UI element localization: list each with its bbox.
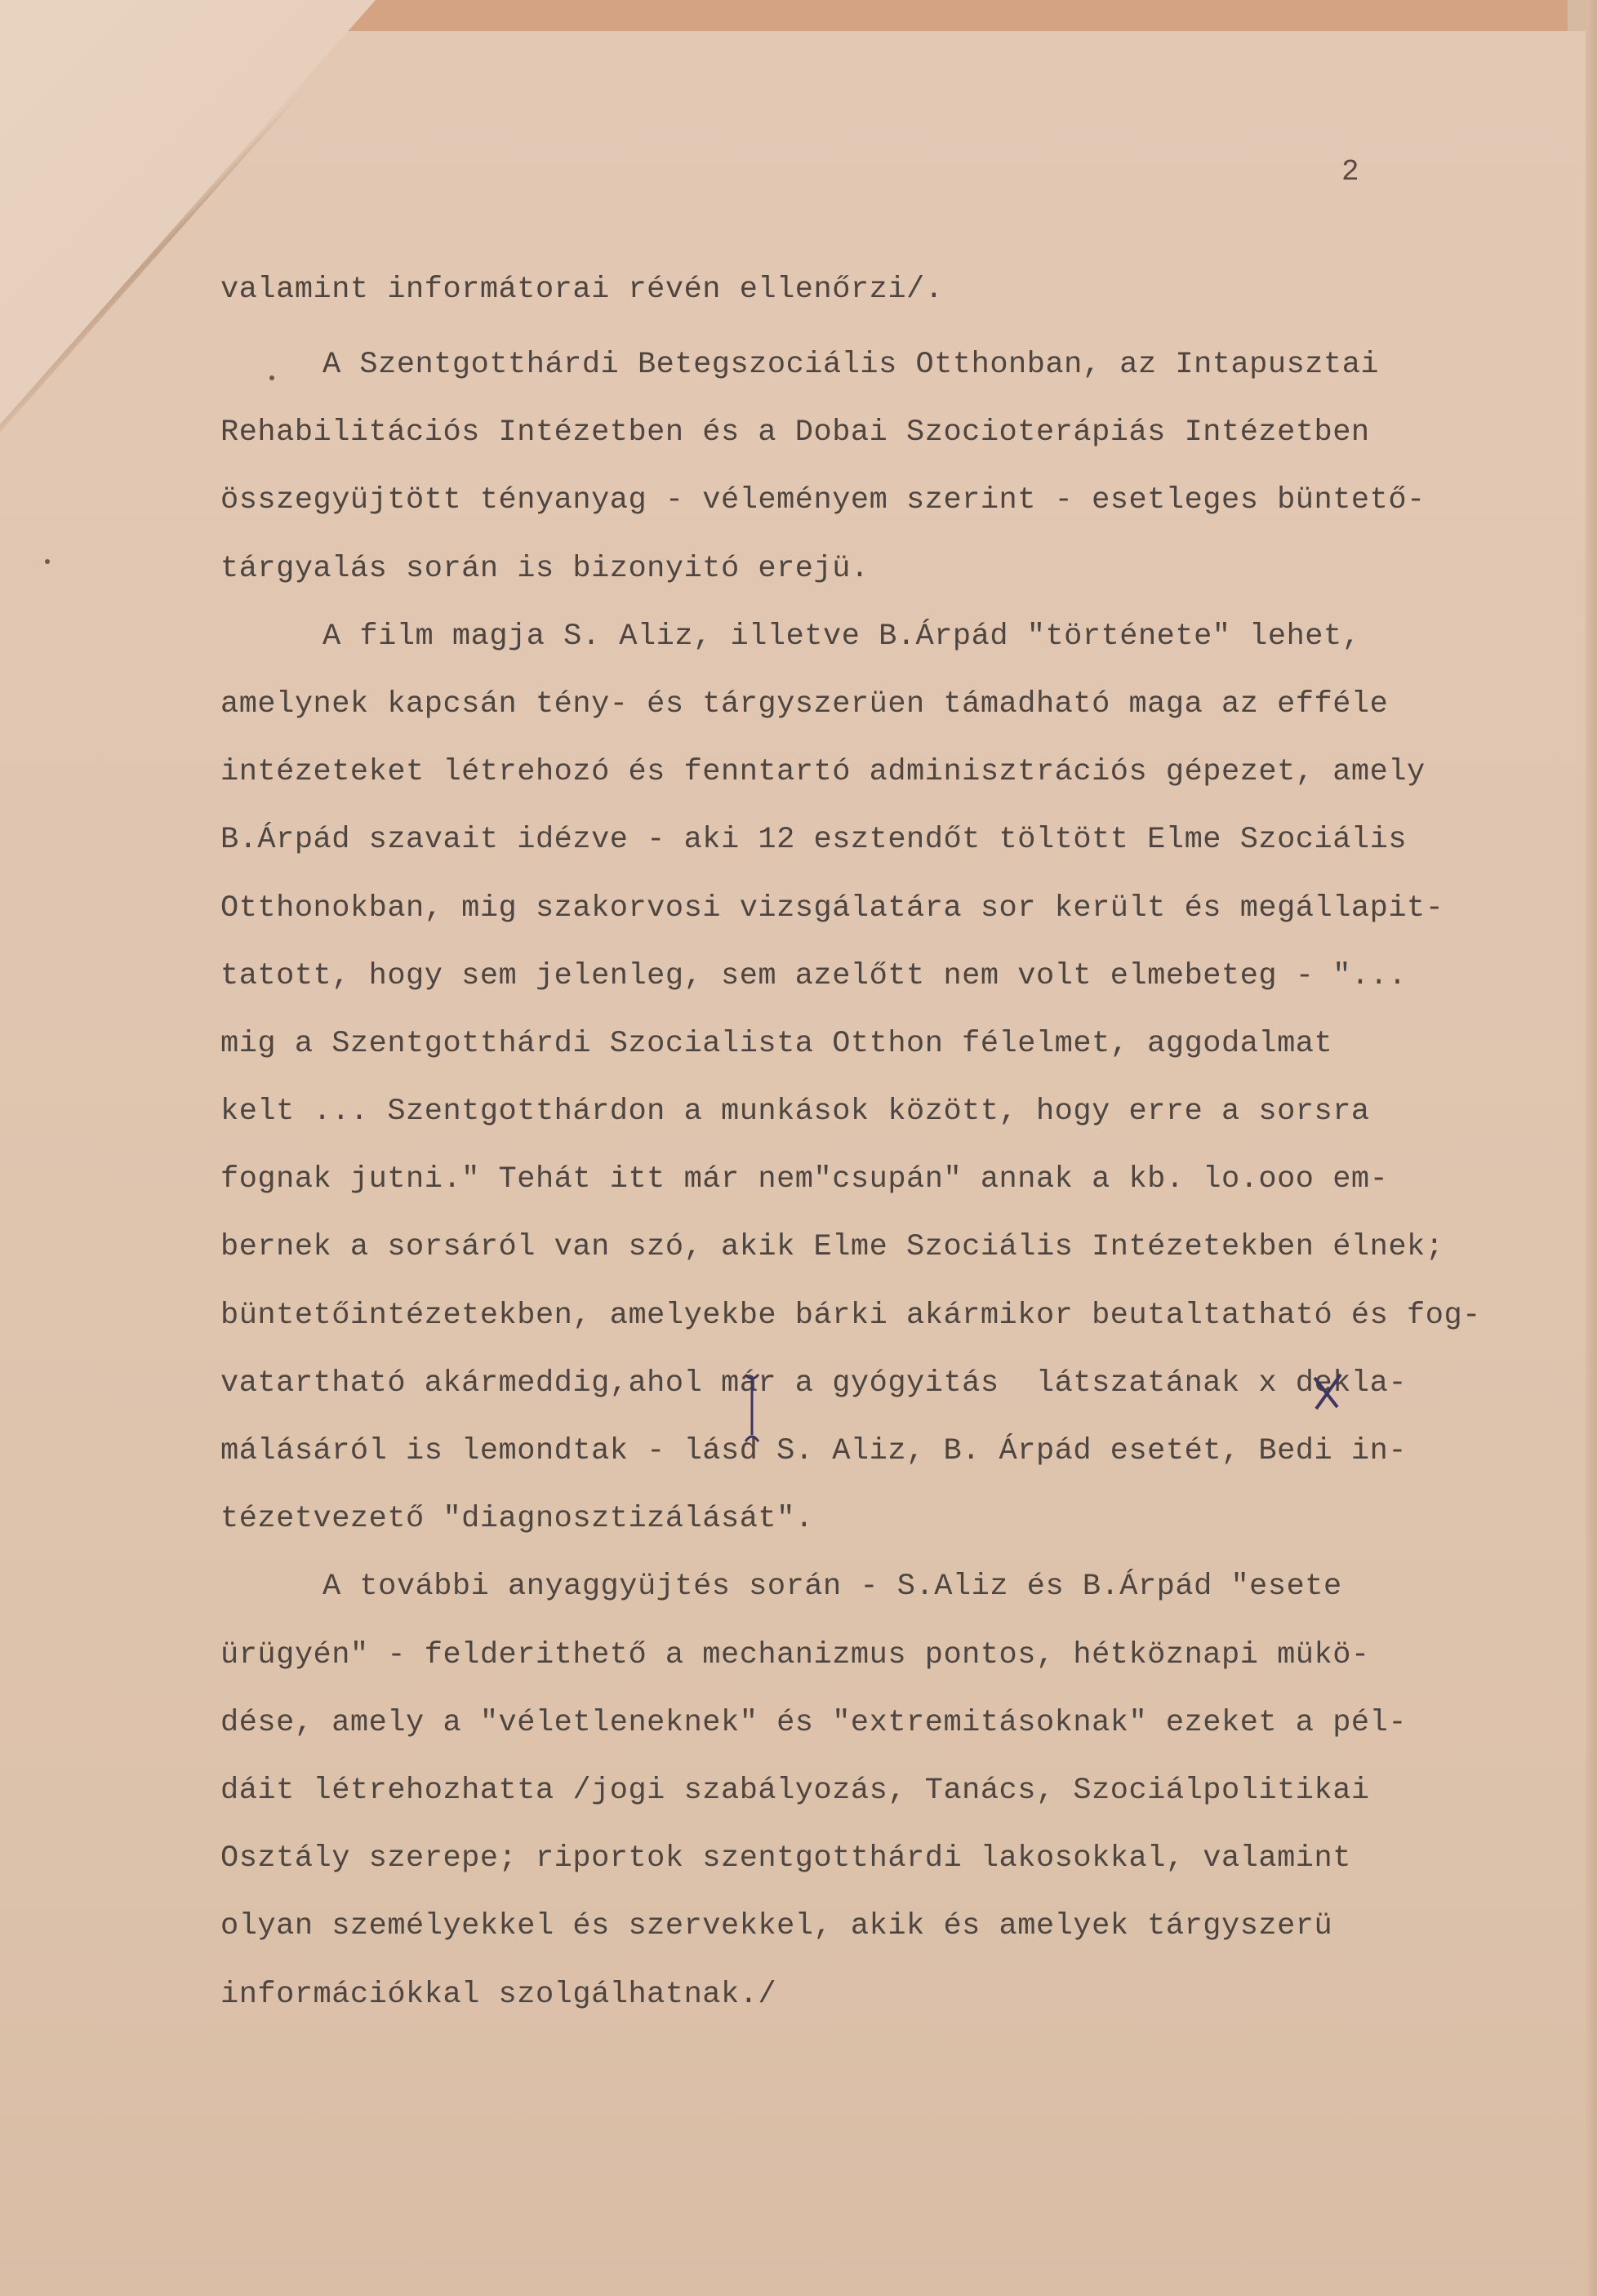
text-line: tézetvezető "diagnosztizálását". (220, 1499, 1592, 1566)
text-line: vatartható akármeddig,ahol már a gyógyit… (220, 1363, 1592, 1431)
strikethrough-x-icon (1310, 1371, 1346, 1412)
underlying-page-edge (327, 0, 1568, 33)
paragraph-start-line: A további anyaggyüjtés során - S.Aliz és… (220, 1566, 1592, 1634)
text-line: bernek a sorsáról van szó, akik Elme Szo… (220, 1227, 1592, 1295)
text-line: kelt ... Szentgotthárdon a munkások közö… (220, 1091, 1592, 1159)
text-line: intézeteket létrehozó és fenntartó admin… (220, 752, 1592, 819)
text-line: tárgyalás során is bizonyitó erejü. (220, 548, 1592, 616)
text-line: Osztály szerepe; riportok szentgotthárdi… (220, 1838, 1592, 1906)
paragraph-start-line: A film magja S. Aliz, illetve B.Árpád "t… (220, 616, 1592, 684)
text-line: málásáról is lemondtak - lásd S. Aliz, B… (220, 1431, 1592, 1499)
typewritten-body: valamint informátorai révén ellenőrzi/. … (220, 269, 1592, 2042)
text-line: ürügyén" - felderithető a mechanizmus po… (220, 1635, 1592, 1703)
insertion-mark-icon (742, 1371, 762, 1445)
text-line: Otthonokban, mig szakorvosi vizsgálatára… (220, 888, 1592, 956)
text-line: Rehabilitációs Intézetben és a Dobai Szo… (220, 412, 1592, 480)
text-line: amelynek kapcsán tény- és tárgyszerüen t… (220, 684, 1592, 752)
text-line: tatott, hogy sem jelenleg, sem azelőtt n… (220, 956, 1592, 1024)
text-line: dése, amely a "véletleneknek" és "extrem… (220, 1703, 1592, 1770)
text-line: valamint informátorai révén ellenőrzi/. (220, 269, 1592, 344)
paragraph-start-line: A Szentgotthárdi Betegszociális Otthonba… (220, 344, 1592, 412)
text-line: összegyüjtött tényanyag - véleményem sze… (220, 480, 1592, 548)
text-line: B.Árpád szavait idézve - aki 12 esztendő… (220, 819, 1592, 887)
ink-speck (45, 559, 50, 564)
text-line: információkkal szolgálhatnak./ (220, 1974, 1592, 2042)
text-line: mig a Szentgotthárdi Szocialista Otthon … (220, 1024, 1592, 1091)
text-line: fognak jutni." Tehát itt már nem"csupán"… (220, 1159, 1592, 1227)
text-line: dáit létrehozhatta /jogi szabályozás, Ta… (220, 1770, 1592, 1838)
text-line: büntetőintézetekben, amelyekbe bárki aká… (220, 1295, 1592, 1363)
page-number: 2 (1341, 155, 1359, 189)
ink-speck (269, 375, 274, 380)
text-line: olyan személyekkel és szervekkel, akik é… (220, 1906, 1592, 1974)
